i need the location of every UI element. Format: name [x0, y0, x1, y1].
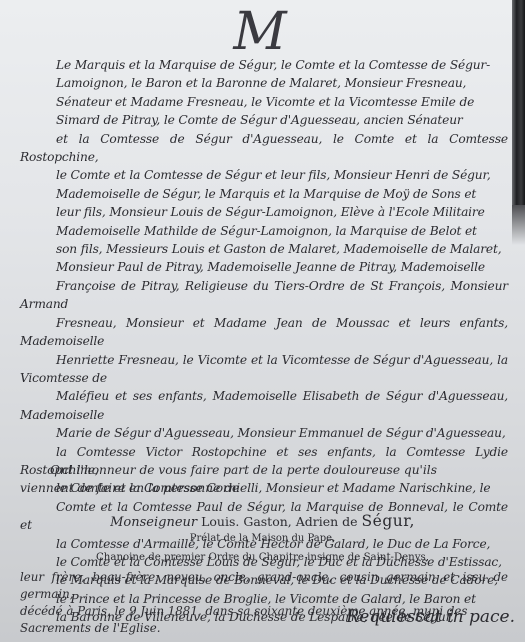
- family-line: Simard de Pitray, le Comte de Ségur d'Ag…: [20, 111, 508, 129]
- family-line: Lamoignon, le Baron et la Baronne de Mal…: [20, 74, 508, 92]
- announcement-line: Ont l'honneur de vous faire part de la p…: [20, 461, 508, 479]
- family-line: Henriette Fresneau, le Vicomte et la Vic…: [20, 351, 508, 388]
- closing-line: leur frère, beau-frère, neveu, oncle, gr…: [20, 569, 508, 603]
- deceased-name: Monseigneur Louis. Gaston, Adrien de Ség…: [0, 512, 525, 532]
- family-line: Mademoiselle de Ségur, le Marquis et la …: [20, 185, 508, 203]
- requiescat-valediction: Requiescat in pace.: [335, 606, 515, 628]
- family-line: le Comte et la Comtesse de Ségur et leur…: [20, 166, 508, 184]
- mourning-notice-page: M Le Marquis et la Marquise de Ségur, le…: [0, 0, 525, 642]
- announcement-line: viennent de faire en la personne de: [20, 479, 508, 497]
- deceased-title-canon: Chanoine de premier Ordre du Chapitre in…: [0, 551, 525, 565]
- deceased-given-names: Louis. Gaston, Adrien de: [201, 514, 357, 529]
- deceased-title-prelate: Prélat de la Maison du Pape,: [0, 532, 525, 546]
- family-line: Sénateur et Madame Fresneau, le Vicomte …: [20, 93, 508, 111]
- family-line: et la Comtesse de Ségur d'Aguesseau, le …: [20, 130, 508, 167]
- family-line: leur fils, Monsieur Louis de Ségur-Lamoi…: [20, 203, 508, 221]
- deceased-honorific: Monseigneur: [110, 515, 197, 530]
- announcement-paragraph: Ont l'honneur de vous faire part de la p…: [20, 461, 508, 498]
- family-line: Mademoiselle Mathilde de Ségur-Lamoignon…: [20, 222, 508, 240]
- family-line: Françoise de Pitray, Religieuse du Tiers…: [20, 277, 508, 314]
- family-line: Fresneau, Monsieur et Madame Jean de Mou…: [20, 314, 508, 351]
- family-line: Monsieur Paul de Pitray, Mademoiselle Je…: [20, 258, 508, 276]
- family-line: son fils, Messieurs Louis et Gaston de M…: [20, 240, 508, 258]
- deceased-surname: Ségur,: [362, 512, 415, 530]
- family-line: Marie de Ségur d'Aguesseau, Monsieur Emm…: [20, 424, 508, 442]
- family-line: Maléfieu et ses enfants, Mademoiselle El…: [20, 387, 508, 424]
- family-line: Le Marquis et la Marquise de Ségur, le C…: [20, 56, 508, 74]
- calligraphic-initial: M: [230, 2, 290, 62]
- photo-edge-shadow: [512, 0, 525, 205]
